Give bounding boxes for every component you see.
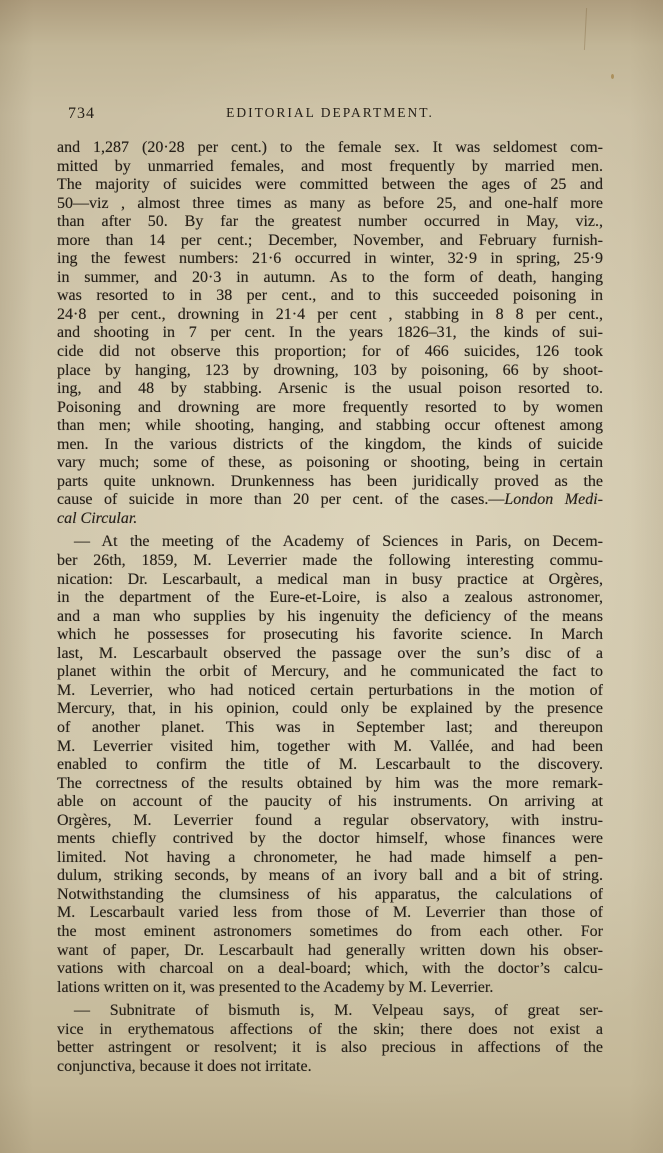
text-line: 24·8 per cent., drowning in 21·4 per cen… xyxy=(57,306,603,325)
text-line: vary much; some of these, as poisoning o… xyxy=(57,454,603,473)
text-line: vice in erythematous affections of the s… xyxy=(57,1021,603,1040)
text-line: Notwithstanding the clumsiness of his ap… xyxy=(57,886,603,905)
text-line: better astringent or resolvent; it is al… xyxy=(57,1039,603,1058)
paragraph: and 1,287 (20·28 per cent.) to the femal… xyxy=(57,139,603,528)
text-line: nication: Dr. Lescarbault, a medical man… xyxy=(57,571,603,590)
text-line: — At the meeting of the Academy of Scien… xyxy=(57,533,603,552)
text-line: than after 50. By far the greatest numbe… xyxy=(57,213,603,232)
text-line: want of paper, Dr. Lescarbault had gener… xyxy=(57,942,603,961)
text-line: conjunctiva, because it does not irritat… xyxy=(57,1058,603,1077)
text-line: which he possesses for prosecuting his f… xyxy=(57,626,603,645)
text-segment: cause of suicide in more than 20 per cen… xyxy=(57,491,504,508)
scan-artifact xyxy=(584,8,587,50)
text-line: vations with charcoal on a deal-board; w… xyxy=(57,960,603,979)
text-line: than men; while shooting, hanging, and s… xyxy=(57,417,603,436)
text-line: 50—viz , almost three times as many as b… xyxy=(57,195,603,214)
text-line: was resorted to in 38 per cent., and to … xyxy=(57,287,603,306)
text-line: ber 26th, 1859, M. Leverrier made the fo… xyxy=(57,552,603,571)
text-line: enabled to confirm the title of M. Lesca… xyxy=(57,756,603,775)
text-line: cause of suicide in more than 20 per cen… xyxy=(57,491,603,510)
text-line: Poisoning and drowning are more frequent… xyxy=(57,399,603,418)
text-line: The correctness of the results obtained … xyxy=(57,775,603,794)
page-number: 734 xyxy=(68,105,95,123)
text-line: limited. Not having a chronometer, he ha… xyxy=(57,849,603,868)
text-line: Mercury, that, in his opinion, could onl… xyxy=(57,700,603,719)
text-line: lations written on it, was presented to … xyxy=(57,979,603,998)
paragraph: — At the meeting of the Academy of Scien… xyxy=(57,533,603,997)
text-line: and shooting in 7 per cent. In the years… xyxy=(57,324,603,343)
text-line: of another planet. This was in September… xyxy=(57,719,603,738)
text-line: ing, and 48 by stabbing. Arsenic is the … xyxy=(57,380,603,399)
scan-artifact xyxy=(611,74,614,79)
page-header: 734 EDITORIAL DEPARTMENT. xyxy=(57,105,603,123)
text-line: — Subnitrate of bismuth is, M. Velpeau s… xyxy=(57,1002,603,1021)
text-line: and a man who supplies by his ingenuity … xyxy=(57,608,603,627)
text-line: and 1,287 (20·28 per cent.) to the femal… xyxy=(57,139,603,158)
text-line: men. In the various districts of the kin… xyxy=(57,436,603,455)
page-body: and 1,287 (20·28 per cent.) to the femal… xyxy=(57,139,603,1076)
text-line: last, M. Lescarbault observed the passag… xyxy=(57,645,603,664)
text-line: ments chiefly contrived by the doctor hi… xyxy=(57,830,603,849)
citation-italic: cal Circular. xyxy=(57,510,137,527)
text-line: cide did not observe this proportion; fo… xyxy=(57,343,603,362)
text-line: M. Lescarbault varied less from those of… xyxy=(57,904,603,923)
scanned-page: 734 EDITORIAL DEPARTMENT. and 1,287 (20·… xyxy=(0,0,663,1153)
text-line: more than 14 per cent.; December, Novemb… xyxy=(57,232,603,251)
text-line: planet within the orbit of Mercury, and … xyxy=(57,663,603,682)
text-line: cal Circular. xyxy=(57,510,603,529)
text-line: M. Leverrier visited him, together with … xyxy=(57,738,603,757)
text-line: The majority of suicides were committed … xyxy=(57,176,603,195)
text-line: mitted by unmarried females, and most fr… xyxy=(57,158,603,177)
text-line: ing the fewest numbers: 21·6 occurred in… xyxy=(57,250,603,269)
text-line: Orgères, M. Leverrier found a regular ob… xyxy=(57,812,603,831)
running-head: EDITORIAL DEPARTMENT. xyxy=(57,105,603,121)
text-line: the most eminent astronomers sometimes d… xyxy=(57,923,603,942)
text-line: in summer, and 20·3 in autumn. As to the… xyxy=(57,269,603,288)
text-line: parts quite unknown. Drunkenness has bee… xyxy=(57,473,603,492)
text-line: place by hanging, 123 by drowning, 103 b… xyxy=(57,362,603,381)
citation-italic: London Medi- xyxy=(504,491,603,508)
text-line: in the department of the Eure-et-Loire, … xyxy=(57,589,603,608)
text-line: dulum, striking seconds, by means of an … xyxy=(57,867,603,886)
paragraph: — Subnitrate of bismuth is, M. Velpeau s… xyxy=(57,1002,603,1076)
text-line: M. Leverrier, who had noticed certain pe… xyxy=(57,682,603,701)
text-line: able on account of the paucity of his in… xyxy=(57,793,603,812)
